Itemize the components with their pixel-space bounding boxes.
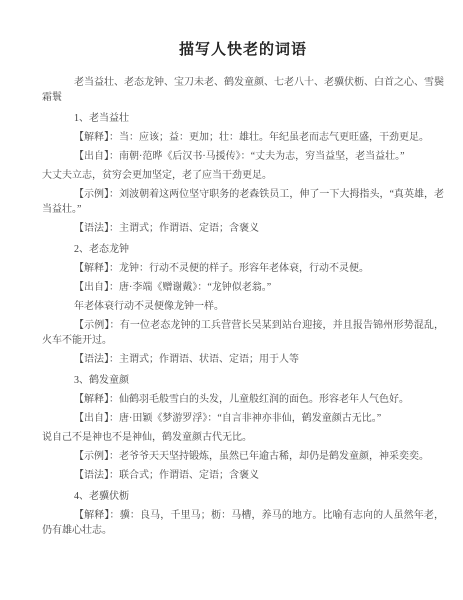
definition-paragraph: 【解释】：骥：良马，千里马；枥：马槽，养马的地方。比喻有志向的人虽然年老，仍有雄… <box>42 508 444 538</box>
explanation-paragraph: 大丈夫立志，贫穷会更加坚定，老了应当干劲更足。 <box>42 168 444 183</box>
section-heading: 4、老骥伏枥 <box>42 489 444 504</box>
definition-paragraph: 【解释】：当：应该；益：更加；壮：雄壮。年纪虽老而志气更旺盛，干劲更足。 <box>42 130 444 145</box>
example-paragraph: 【示例】：有一位老态龙钟的工兵营营长吴某到站台迎接，并且报告锦州形势混乱，火车不… <box>42 318 444 348</box>
section-heading: 3、鹤发童颜 <box>42 373 444 388</box>
example-paragraph: 【示例】：刘波朝着这两位坚守职务的老森铁员工，伸了一下大拇指头，“真英雄，老当益… <box>42 187 444 217</box>
source-paragraph: 【出自】：南朝·范晔《后汉书·马援传》：“丈夫为志，穷当益坚，老当益壮。” <box>42 149 444 164</box>
explanation-paragraph: 年老体衰行动不灵便像龙钟一样。 <box>42 299 444 314</box>
grammar-paragraph: 【语法】：主谓式；作谓语、定语；含褒义 <box>42 221 444 236</box>
explanation-paragraph: 说自己不是神也不是神仙，鹤发童颜古代无比。 <box>42 430 444 445</box>
grammar-paragraph: 【语法】：主谓式；作谓语、状语、定语；用于人等 <box>42 352 444 367</box>
section-heading: 1、老当益壮 <box>42 111 444 126</box>
source-paragraph: 【出自】：唐·李端《赠谢戴》：“龙钟似老翁。” <box>42 280 444 295</box>
page-title: 描写人快老的词语 <box>42 38 444 59</box>
section-heading: 2、老态龙钟 <box>42 242 444 257</box>
definition-paragraph: 【解释】：龙钟：行动不灵便的样子。形容年老体衰，行动不灵便。 <box>42 261 444 276</box>
idiom-list-paragraph: 老当益壮、老态龙钟、宝刀未老、鹤发童颜、七老八十、老骥伏枥、白首之心、雪鬓霜鬟 <box>42 75 444 105</box>
source-paragraph: 【出自】：唐·田颖《梦游罗浮》：“自言非神亦非仙，鹤发童颜古无比。” <box>42 411 444 426</box>
document-page: 描写人快老的词语 老当益壮、老态龙钟、宝刀未老、鹤发童颜、七老八十、老骥伏枥、白… <box>0 0 463 600</box>
grammar-paragraph: 【语法】：联合式；作谓语、定语；含褒义 <box>42 468 444 483</box>
document-content: 描写人快老的词语 老当益壮、老态龙钟、宝刀未老、鹤发童颜、七老八十、老骥伏枥、白… <box>42 38 444 538</box>
example-paragraph: 【示例】：老爷爷天天坚持锻炼，虽然已年逾古稀，却仍是鹤发童颜，神采奕奕。 <box>42 449 444 464</box>
definition-paragraph: 【解释】：仙鹤羽毛般雪白的头发，儿童般红润的面色。形容老年人气色好。 <box>42 392 444 407</box>
